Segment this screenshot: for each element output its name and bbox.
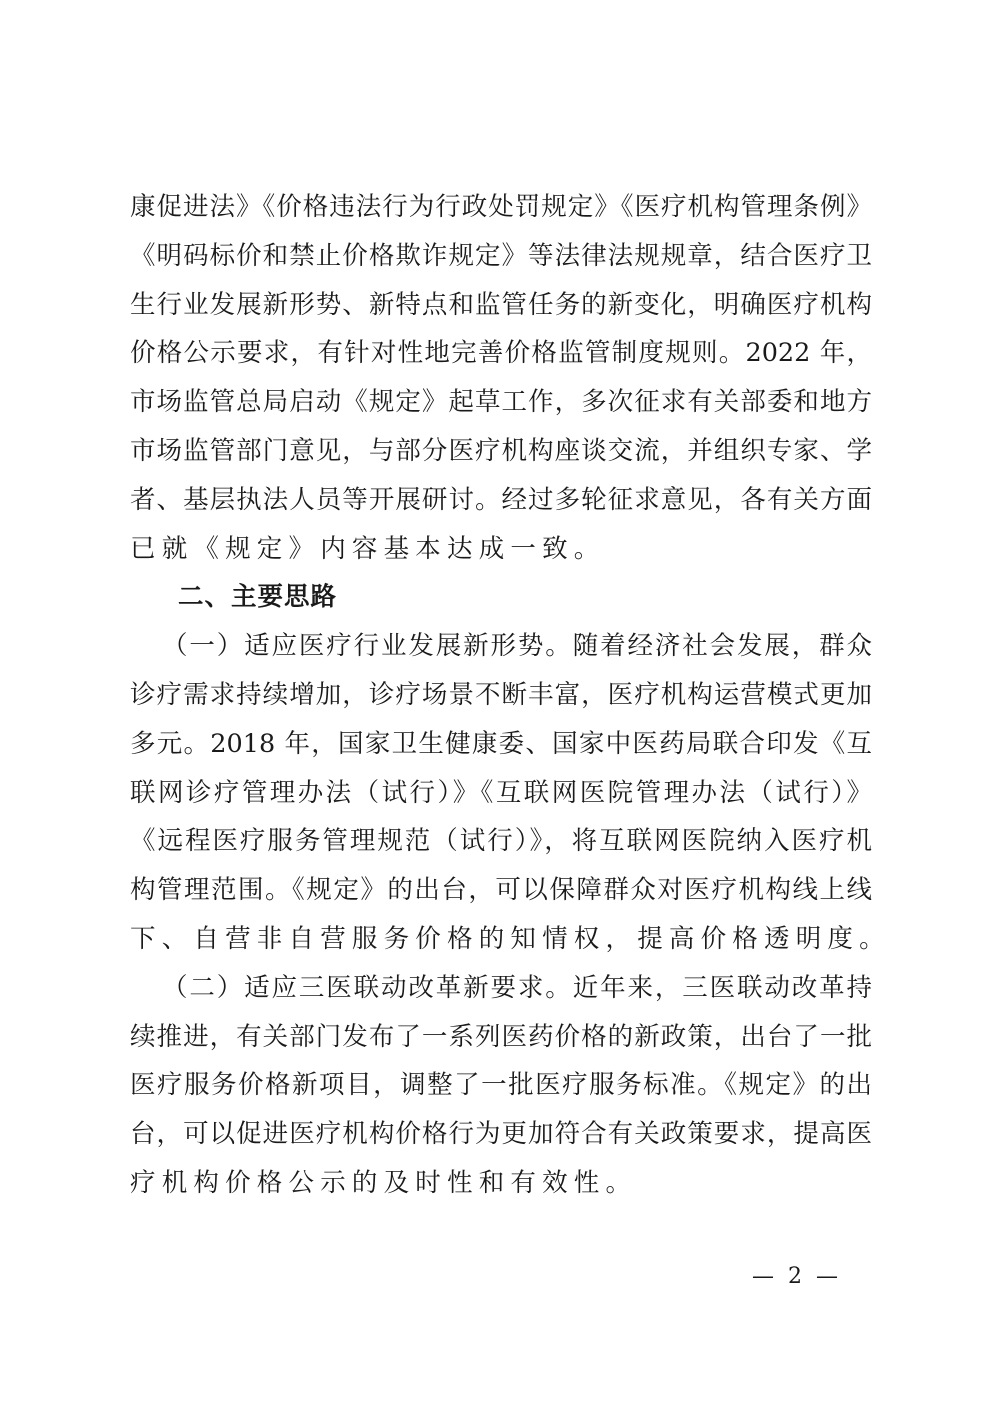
document-page: 康促进法》《价格违法行为行政处罚规定》《医疗机构管理条例》 《明码标价和禁止价格…	[0, 0, 1000, 1414]
paragraph-line: 生行业发展新形势、新特点和监管任务的新变化，明确医疗机构	[130, 281, 872, 330]
paragraph-line: 市场监管部门意见，与部分医疗机构座谈交流，并组织专家、学	[130, 427, 872, 476]
subsection-1-line: 诊疗需求持续增加，诊疗场景不断丰富，医疗机构运营模式更加	[130, 671, 872, 720]
subsection-1-line: 联网诊疗管理办法（试行）》《互联网医院管理办法（试行）》	[130, 769, 872, 818]
paragraph-line: 者、基层执法人员等开展研讨。经过多轮征求意见，各有关方面	[130, 476, 872, 525]
subsection-2-line: 续推进，有关部门发布了一系列医药价格的新政策，出台了一批	[130, 1013, 872, 1062]
subsection-2-line: 医疗服务价格新项目，调整了一批医疗服务标准。《规定》的出	[130, 1061, 872, 1110]
paragraph-line: 价格公示要求，有针对性地完善价格监管制度规则。2022 年，	[130, 329, 872, 378]
subsection-2-line: 疗机构价格公示的及时性和有效性。	[130, 1159, 872, 1208]
paragraph-line: 市场监管总局启动《规定》起草工作，多次征求有关部委和地方	[130, 378, 872, 427]
page-number: — 2 —	[735, 1262, 855, 1292]
subsection-1-line: 《远程医疗服务管理规范（试行）》，将互联网医院纳入医疗机	[130, 817, 872, 866]
paragraph-line: 康促进法》《价格违法行为行政处罚规定》《医疗机构管理条例》	[130, 183, 872, 232]
section-heading: 二、主要思路	[130, 573, 872, 622]
subsection-2-line: （二）适应三医联动改革新要求。近年来，三医联动改革持	[130, 964, 872, 1013]
subsection-1-line: 下、自营非自营服务价格的知情权，提高价格透明度。	[130, 915, 872, 964]
subsection-1-line: 构管理范围。《规定》的出台，可以保障群众对医疗机构线上线	[130, 866, 872, 915]
subsection-2-line: 台，可以促进医疗机构价格行为更加符合有关政策要求，提高医	[130, 1110, 872, 1159]
paragraph-line: 已就《规定》内容基本达成一致。	[130, 525, 872, 574]
subsection-1-line: 多元。2018 年，国家卫生健康委、国家中医药局联合印发《互	[130, 720, 872, 769]
subsection-1-line: （一）适应医疗行业发展新形势。随着经济社会发展，群众	[130, 622, 872, 671]
body-text: 康促进法》《价格违法行为行政处罚规定》《医疗机构管理条例》 《明码标价和禁止价格…	[130, 183, 872, 1208]
paragraph-line: 《明码标价和禁止价格欺诈规定》等法律法规规章，结合医疗卫	[130, 232, 872, 281]
